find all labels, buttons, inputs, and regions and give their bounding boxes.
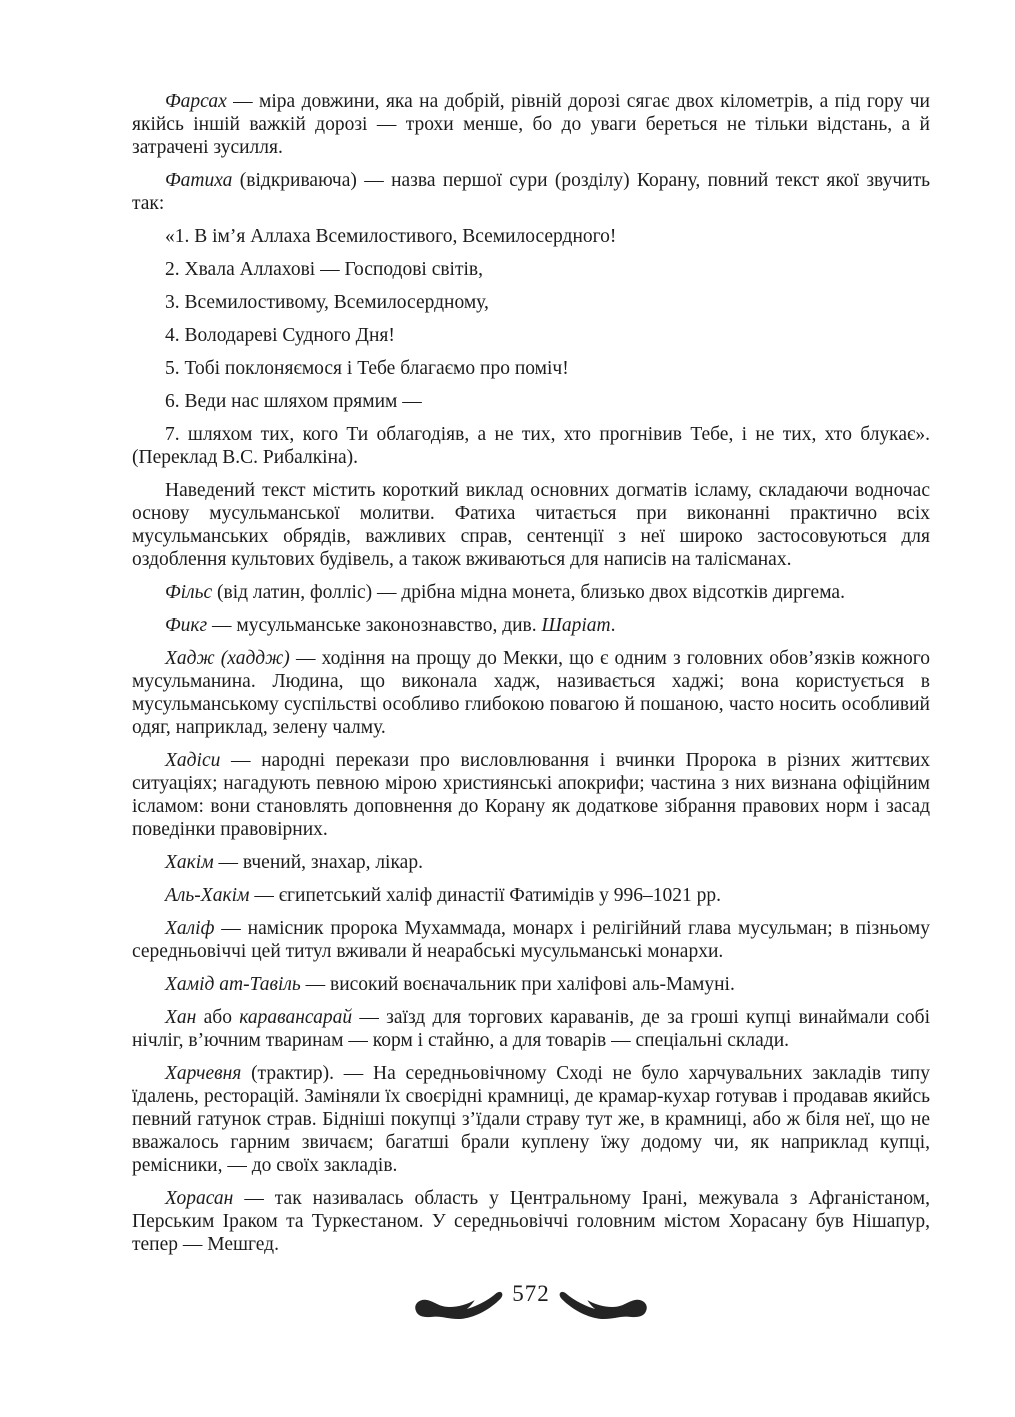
glossary-term: Аль-Хакім [165,885,249,906]
text-run: (відкриваюча) — назва першої сури (розді… [132,170,930,214]
text-run: або [196,1007,239,1028]
text-run: — намісник пророка Мухаммада, монарх і р… [132,918,930,962]
glossary-entry: Хадіси — народні перекази про висловлюва… [132,749,930,841]
book-page: Фарсах — міра довжини, яка на добрій, рі… [0,0,1015,1417]
text-run: 7. шляхом тих, кого Ти облагодіяв, а не … [132,424,930,468]
body-paragraph: Наведений текст містить короткий виклад … [132,479,930,571]
glossary-term: Харчевня [165,1063,241,1084]
text-run: Наведений текст містить короткий виклад … [132,480,930,570]
verse-line: 3. Всемилостивому, Всемилосердному, [132,291,930,314]
glossary-entry: Хан або каравансарай — заїзд для торгови… [132,1006,930,1052]
verse-line: 7. шляхом тих, кого Ти облагодіяв, а не … [132,423,930,469]
text-run: 4. Володареві Судного Дня! [165,325,395,346]
glossary-term: Хадіси [165,750,220,771]
glossary-entry: Аль-Хакім — єгипетський халіф династії Ф… [132,884,930,907]
verse-line: 2. Хвала Аллахові — Господові світів, [132,258,930,281]
text-run: . [611,615,616,636]
glossary-term: Шаріат [542,615,611,636]
flourish-right-icon [556,1291,650,1321]
text-run: 6. Веди нас шляхом прямим — [165,391,422,412]
glossary-entry: Хорасан — так називалась область у Центр… [132,1187,930,1256]
text-run: — єгипетський халіф династії Фатимідів у… [249,885,721,906]
verse-line: «1. В ім’я Аллаха Всемилостивого, Всемил… [132,225,930,248]
glossary-entry: Фатиха (відкриваюча) — назва першої сури… [132,169,930,215]
page-footer: 572 [132,1282,930,1321]
text-run: — високий воєначальник при халіфові аль-… [301,974,735,995]
text-run: 3. Всемилостивому, Всемилосердному, [165,292,489,313]
glossary-entry: Фарсах — міра довжини, яка на добрій, рі… [132,90,930,159]
glossary-term: Фарсах [165,91,227,112]
verse-line: 5. Тобі поклоняємося і Тебе благаємо про… [132,357,930,380]
glossary-term: Хорасан [165,1188,233,1209]
text-run: «1. В ім’я Аллаха Всемилостивого, Всемил… [165,226,616,247]
glossary-term: Хакім [165,852,214,873]
verse-line: 6. Веди нас шляхом прямим — [132,390,930,413]
glossary-term: Хамід ат-Тавіль [165,974,301,995]
glossary-term: Фатиха [165,170,232,191]
glossary-term: Хан [165,1007,196,1028]
glossary-text-block: Фарсах — міра довжини, яка на добрій, рі… [132,90,930,1321]
flourish-left-icon [412,1291,506,1321]
page-number: 572 [512,1282,550,1305]
text-run: 5. Тобі поклоняємося і Тебе благаємо про… [165,358,569,379]
glossary-entry: Хакім — вчений, знахар, лікар. [132,851,930,874]
text-run: (трактир). — На середньовічному Сході не… [132,1063,930,1176]
glossary-entry: Халіф — намісник пророка Мухаммада, мона… [132,917,930,963]
text-run: — вчений, знахар, лікар. [214,852,423,873]
glossary-term: Фільс [165,582,212,603]
glossary-entry: Хадж (хаддж) — ходіння на прощу до Мекки… [132,647,930,739]
text-run: — так називалась область у Центральному … [132,1188,930,1255]
glossary-entry: Фикг — мусульманське законознавство, див… [132,614,930,637]
verse-line: 4. Володареві Судного Дня! [132,324,930,347]
text-run: 2. Хвала Аллахові — Господові світів, [165,259,483,280]
glossary-entry: Харчевня (трактир). — На середньовічному… [132,1062,930,1177]
glossary-term: Халіф [165,918,214,939]
text-run: — мусульманське законознавство, див. [207,615,541,636]
glossary-entry: Фільс (від латин, фолліс) — дрібна мідна… [132,581,930,604]
glossary-term: Фикг [165,615,207,636]
text-run: (від латин, фолліс) — дрібна мідна монет… [212,582,845,603]
glossary-entry: Хамід ат-Тавіль — високий воєначальник п… [132,973,930,996]
text-run: — міра довжини, яка на добрій, рівній до… [132,91,930,158]
glossary-term: каравансарай [239,1007,352,1028]
glossary-term: Хадж (хаддж) [165,648,290,669]
text-run: — народні перекази про висловлювання і в… [132,750,930,840]
